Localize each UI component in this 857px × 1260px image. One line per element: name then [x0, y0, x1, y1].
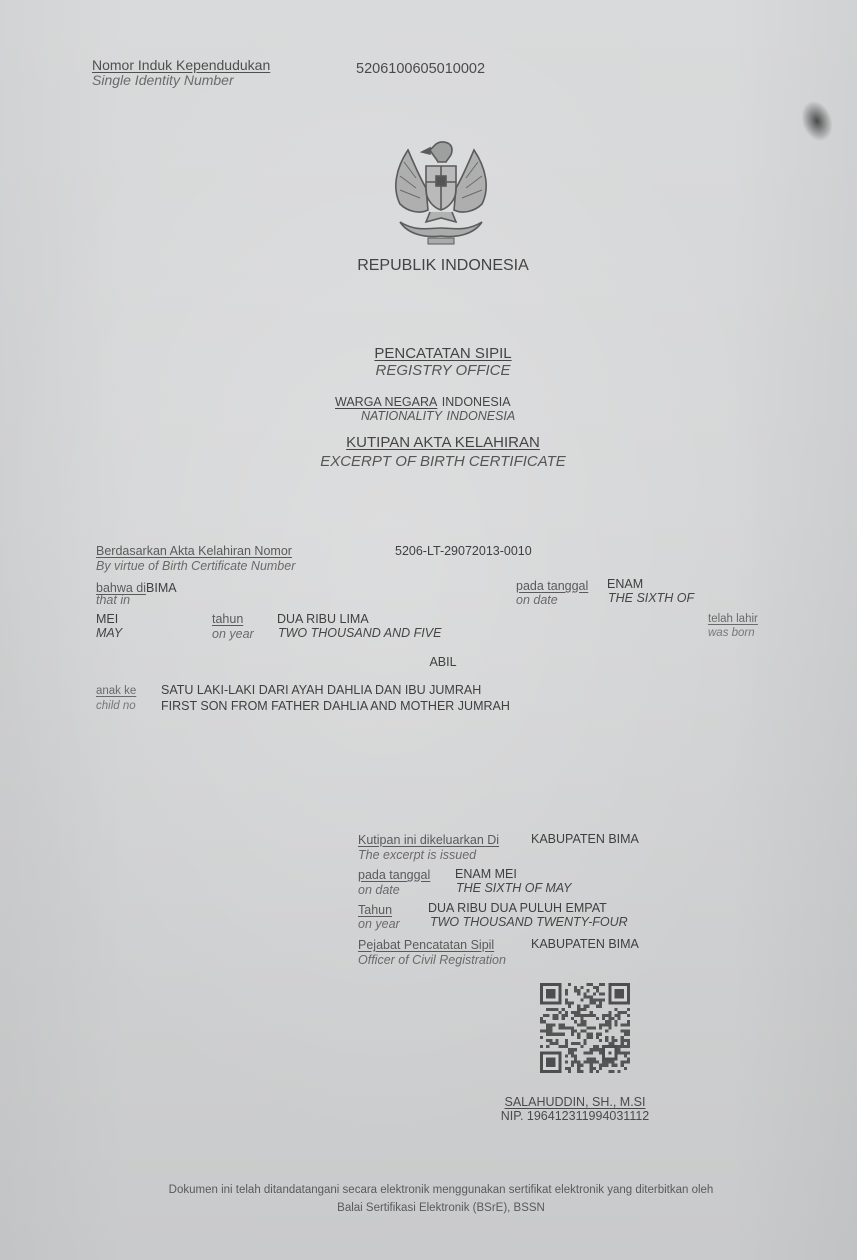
child-no-label-id: anak ke — [96, 685, 136, 697]
document-title-id: KUTIPAN AKTA KELAHIRAN — [346, 434, 540, 451]
birth-month-id: MEI — [96, 612, 118, 626]
issue-year-label-id: Tahun — [358, 903, 392, 917]
footer-line-1: Dokumen ini telah ditandatangani secara … — [169, 1181, 714, 1199]
issued-label-id: Kutipan ini dikeluarkan Di — [358, 833, 499, 847]
cert-number-label-id: Berdasarkan Akta Kelahiran Nomor — [96, 544, 292, 558]
issue-date-id: ENAM MEI — [455, 867, 517, 881]
issue-date-label-id: pada tanggal — [358, 868, 430, 882]
year-label-id: tahun — [212, 612, 243, 626]
issued-label-en: The excerpt is issued — [358, 848, 476, 862]
nik-label-id: Nomor Induk Kependudukan — [92, 57, 270, 73]
nationality-value-en: INDONESIA — [446, 409, 515, 423]
child-no-value-en: FIRST SON FROM FATHER DAHLIA AND MOTHER … — [161, 699, 510, 713]
nationality-label-en: NATIONALITY — [361, 409, 442, 423]
place-value: BIMA — [146, 581, 177, 595]
officer-nip: NIP. 196412311994031112 — [501, 1109, 650, 1123]
issue-year-label-en: on year — [358, 917, 400, 931]
nik-value: 5206100605010002 — [356, 61, 485, 77]
birth-year-en: TWO THOUSAND AND FIVE — [278, 626, 441, 640]
issue-year-en: TWO THOUSAND TWENTY-FOUR — [430, 915, 628, 929]
footer-line-2: Balai Sertifikasi Elektronik (BSrE), BSS… — [169, 1199, 714, 1217]
footer-note: Dokumen ini telah ditandatangani secara … — [169, 1181, 714, 1217]
nik-label-en: Single Identity Number — [92, 72, 270, 88]
officer-region: KABUPATEN BIMA — [531, 937, 639, 951]
ink-smudge — [796, 96, 839, 146]
birth-year-id: DUA RIBU LIMA — [277, 612, 369, 626]
date-label-id: pada tanggal — [516, 579, 588, 593]
officer-label-en: Officer of Civil Registration — [358, 953, 506, 967]
birth-month-en: MAY — [96, 626, 122, 640]
garuda-pancasila-emblem-icon — [386, 138, 496, 248]
born-label-en: was born — [708, 627, 755, 639]
child-no-value-id: SATU LAKI-LAKI DARI AYAH DAHLIA DAN IBU … — [161, 683, 481, 697]
child-no-label-en: child no — [96, 700, 136, 712]
qr-code-icon[interactable] — [540, 983, 630, 1073]
issue-year-id: DUA RIBU DUA PULUH EMPAT — [428, 901, 607, 915]
cert-number-label-en: By virtue of Birth Certificate Number — [96, 559, 295, 573]
born-label-id: telah lahir — [708, 613, 758, 625]
date-label-en: on date — [516, 593, 558, 607]
cert-number-value: 5206-LT-29072013-0010 — [395, 544, 532, 558]
officer-label-id: Pejabat Pencatatan Sipil — [358, 938, 494, 952]
office-title-id: PENCATATAN SIPIL — [374, 345, 511, 362]
issued-place: KABUPATEN BIMA — [531, 832, 639, 846]
birth-day-id: ENAM — [607, 577, 643, 591]
child-name: ABIL — [429, 655, 456, 669]
place-label-en: that in — [96, 593, 130, 607]
nationality-en: NATIONALITY INDONESIA — [361, 407, 515, 425]
country-caption: REPUBLIK INDONESIA — [357, 257, 529, 275]
officer-name: SALAHUDDIN, SH., M.SI — [505, 1095, 646, 1109]
nik-block: Nomor Induk Kependudukan Single Identity… — [92, 57, 270, 88]
office-title-en: REGISTRY OFFICE — [375, 362, 510, 379]
issue-date-label-en: on date — [358, 883, 400, 897]
document-title-en: EXCERPT OF BIRTH CERTIFICATE — [320, 453, 566, 470]
issue-date-en: THE SIXTH OF MAY — [456, 881, 572, 895]
year-label-en: on year — [212, 627, 254, 641]
birth-day-en: THE SIXTH OF — [608, 591, 694, 605]
